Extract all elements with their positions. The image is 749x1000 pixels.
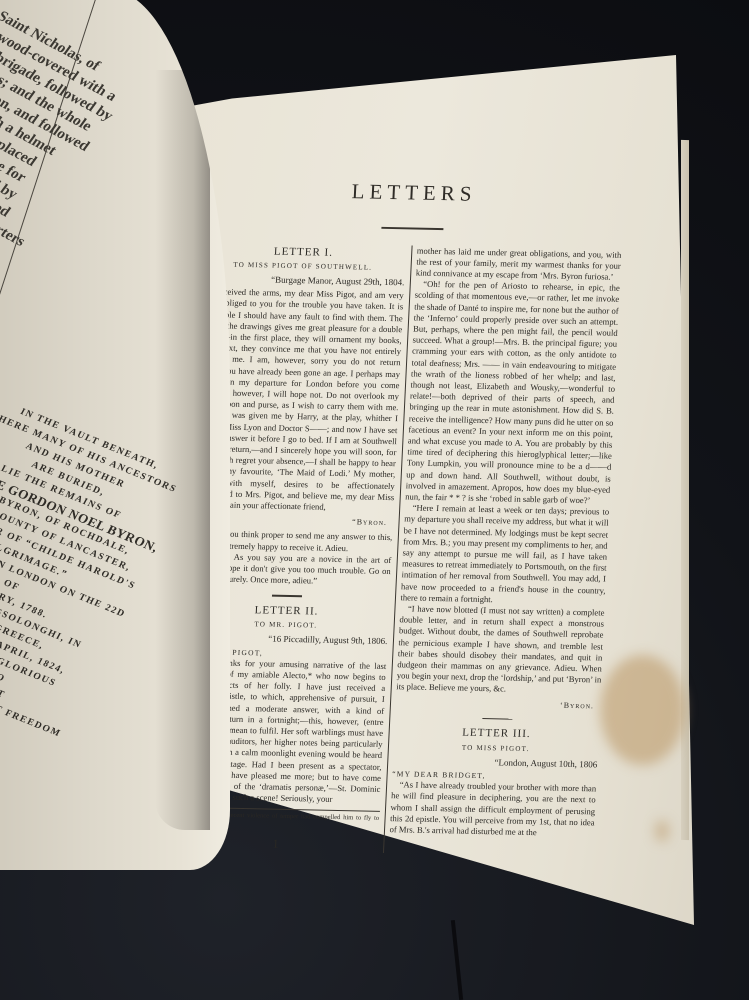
stain-edge (655, 820, 669, 842)
cloth-fold (451, 920, 463, 1000)
letter-2-body-3: “Oh! for the pen of Ariosto to rehearse,… (405, 279, 620, 507)
letter-1-heading: LETTER I. (201, 245, 406, 260)
stain-right (600, 655, 685, 765)
page-edge (681, 140, 689, 840)
letter-2-body-2: mother has laid me under great obligatio… (416, 245, 622, 283)
left-page: of Saint Nicholas, of was wood-covered w… (0, 0, 230, 870)
page-content: LETTERS LETTER I. TO MISS PIGOT OF SOUTH… (168, 170, 630, 857)
letter-2-body-5: “I have now blotted (I must not say writ… (396, 603, 605, 697)
column-right: mother has laid me under great obligatio… (383, 245, 626, 857)
letter-3-body: “As I have already troubled your brother… (389, 779, 596, 839)
separator-rule (482, 718, 512, 720)
title-rule (381, 227, 443, 230)
letter-3-heading: LETTER III. (394, 727, 599, 742)
letter-2-body-4: “Here I remain at least a week or ten da… (400, 503, 609, 608)
section-title: LETTERS (199, 176, 630, 210)
letter-3-recipient: TO MISS PIGOT. (393, 741, 598, 756)
page-curl-shadow (155, 70, 210, 830)
letter-2-signature: ‘Byron. (395, 696, 594, 711)
letter-1-recipient: TO MISS PIGOT OF SOUTHWELL. (200, 259, 405, 274)
separator-rule (272, 595, 302, 597)
text-columns: LETTER I. TO MISS PIGOT OF SOUTHWELL. “B… (168, 240, 627, 857)
